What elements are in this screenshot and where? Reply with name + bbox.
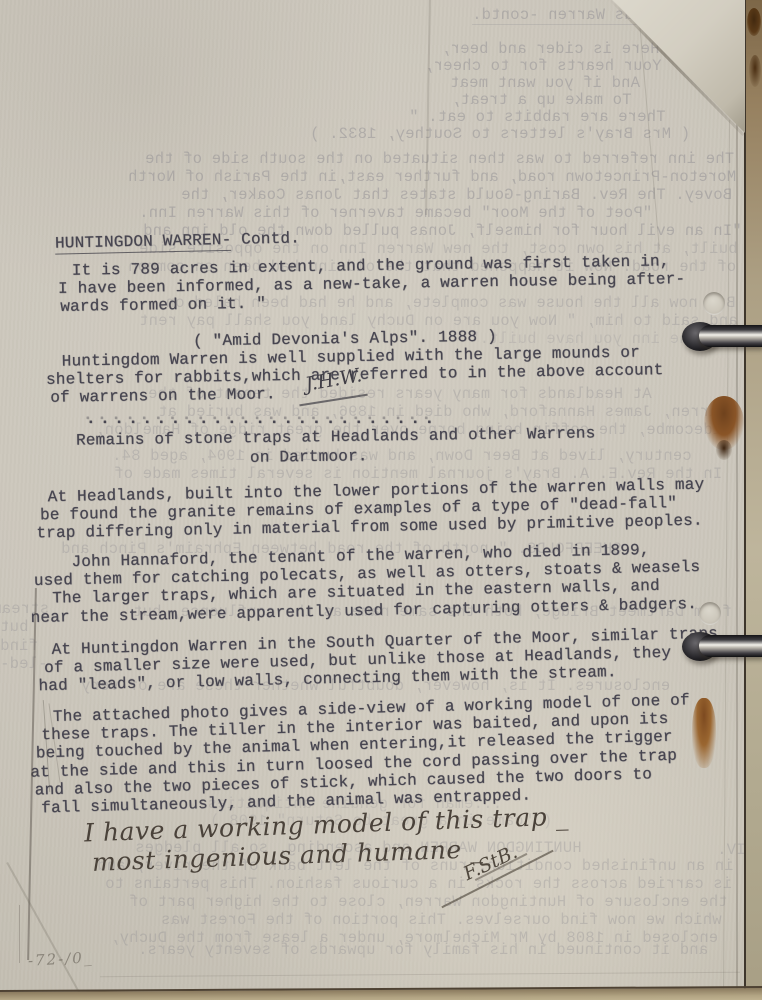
bleedthrough-line: and it continued in his family for upwar… [138, 941, 708, 959]
rust-stain [692, 698, 716, 768]
binder-ring-bottom [682, 630, 762, 662]
section-heading-title: HUNTINGDON WARREN- [55, 231, 232, 255]
paragraph: The attached photo gives a side-view of … [25, 691, 693, 817]
punch-hole-bottom [699, 602, 721, 625]
bleedthrough-line: century, lived at Beer Down, and was bur… [112, 447, 692, 465]
bleedthrough-line: The inn referred to was then situated on… [145, 150, 734, 168]
binder-edge-strip [744, 0, 762, 1000]
punch-hole-top [703, 292, 725, 315]
bleedthrough-line: And if you want meat [450, 74, 640, 92]
rust-stain [749, 55, 761, 87]
divider-dots: ......................... [86, 410, 439, 428]
paragraph: It is 789 acres in extent, and the groun… [58, 252, 686, 316]
bleedthrough-line: ( Mrs Bray's letters to Southey, 1832. ) [310, 125, 690, 143]
bleedthrough-line: Moreton-Princetown road, and further eas… [128, 168, 736, 186]
bleedthrough-line: To make up a treat, [451, 91, 632, 109]
bleedthrough-fragment: but [0, 618, 29, 636]
binder-ring-bar [699, 325, 762, 347]
bleedthrough-line: Your hearts for to cheer, [424, 57, 662, 75]
binder-ring-top [682, 320, 762, 352]
rust-stain [716, 440, 732, 460]
document-page: Headlands Warren -contd. Here is cider a… [0, 0, 762, 1000]
binder-ring-bar [699, 635, 762, 657]
bleedthrough-line: "Poet of the Moor" became taverner of th… [139, 204, 652, 222]
paragraph: John Hannaford, the tenant of the warren… [29, 540, 701, 627]
rust-stain [747, 8, 761, 36]
bleedthrough-line: the enclosure of Huntingdon Warren, clos… [129, 893, 728, 911]
section-heading-suffix: Contd. [231, 229, 300, 248]
bleedthrough-line: Bovey. The Rev. Baring-Gould states that… [181, 186, 732, 204]
bleedthrough-line: is carried across the rocks in a curious… [105, 875, 732, 893]
bleedthrough-line: There are rabbits to eat. " [409, 108, 666, 126]
bleedthrough-line: and said to him, " Now you are on Duchy … [139, 312, 738, 330]
subsection-heading: on Dartmoor. [250, 447, 368, 467]
bleedthrough-line: Here is cider and beer, [441, 40, 660, 58]
crease-line [736, 0, 738, 1000]
pencil-margin-line [19, 905, 20, 963]
bleedthrough-line: which we now find ourselves. This portio… [161, 911, 722, 929]
